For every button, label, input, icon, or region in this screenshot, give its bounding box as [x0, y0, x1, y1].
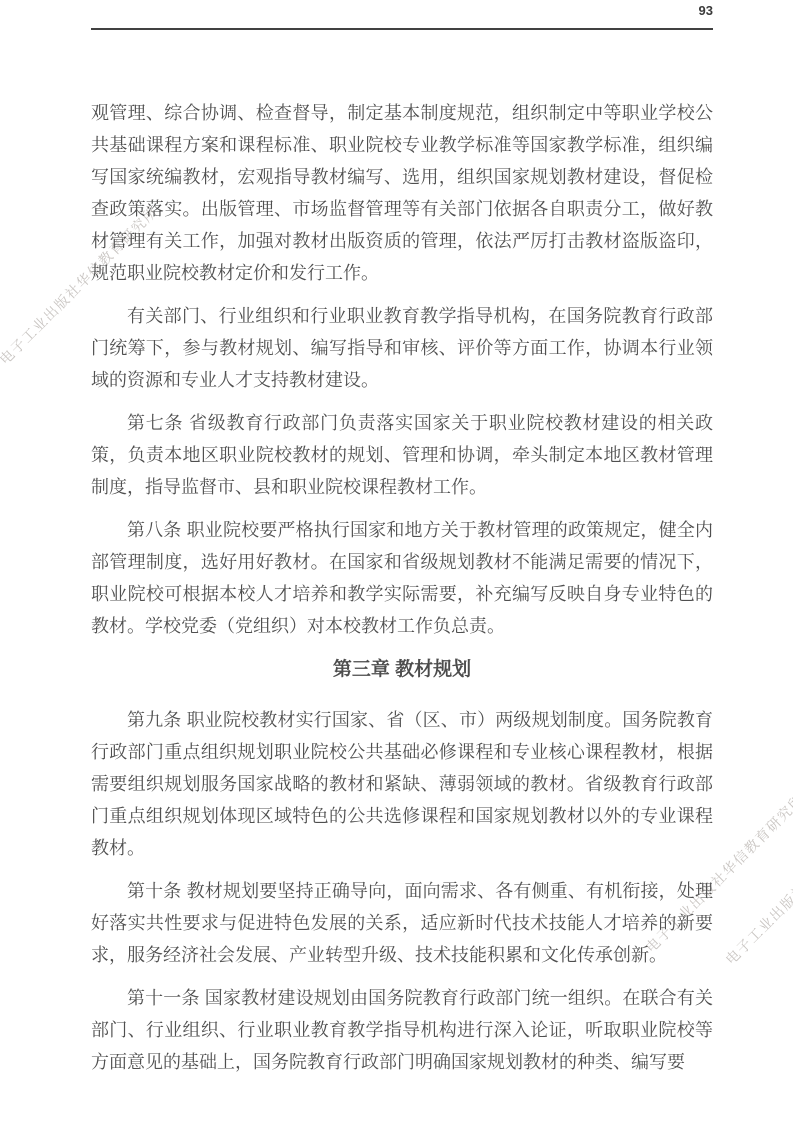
page-header: 93: [91, 0, 713, 30]
paragraph-continuation: 观管理、综合协调、检查督导，制定基本制度规范，组织制定中等职业学校公共基础课程方…: [91, 97, 713, 289]
page-number: 93: [91, 0, 713, 28]
chapter-heading: 第三章 教材规划: [91, 656, 713, 684]
paragraph-article-9: 第九条 职业院校教材实行国家、省（区、市）两级规划制度。国务院教育行政部门重点组…: [91, 704, 713, 864]
paragraph-article-7: 第七条 省级教育行政部门负责落实国家关于职业院校教材建设的相关政策，负责本地区职…: [91, 407, 713, 503]
paragraph: 有关部门、行业组织和行业职业教育教学指导机构，在国务院教育行政部门统筹下，参与教…: [91, 300, 713, 396]
paragraph-article-10: 第十条 教材规划要坚持正确导向，面向需求、各有侧重、有机衔接，处理好落实共性要求…: [91, 875, 713, 971]
paragraph-article-8: 第八条 职业院校要严格执行国家和地方关于教材管理的政策规定，健全内部管理制度，选…: [91, 514, 713, 642]
document-content: 观管理、综合协调、检查督导，制定基本制度规范，组织制定中等职业学校公共基础课程方…: [91, 30, 713, 1089]
paragraph-article-11: 第十一条 国家教材建设规划由国务院教育行政部门统一组织。在联合有关部门、行业组织…: [91, 982, 713, 1078]
document-page: 电子工业出版社华信教育研究所 电子工业出版社华信教育研究所 电子工业出版社华信教…: [0, 0, 793, 1122]
watermark-publisher-right-edge: 电子工业出版社华信教育研究所: [721, 801, 793, 969]
